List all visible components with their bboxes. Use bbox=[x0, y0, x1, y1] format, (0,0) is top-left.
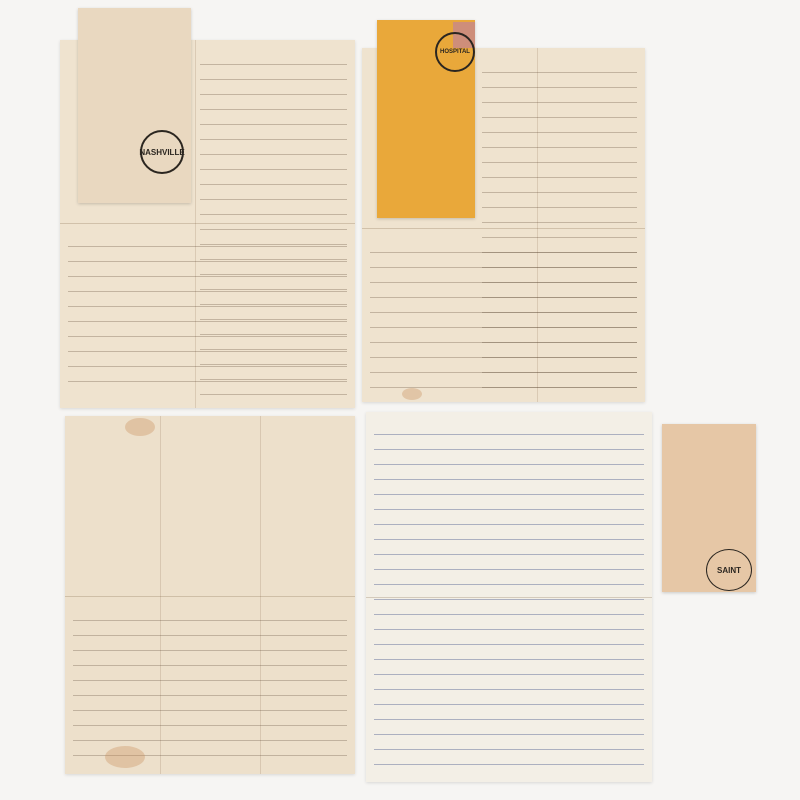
envelope-hospital: HOSPITAL bbox=[377, 20, 475, 218]
handwriting bbox=[370, 238, 637, 390]
letter-bottom-right-blue-ink bbox=[366, 412, 652, 782]
stain bbox=[105, 746, 145, 768]
fold-line bbox=[65, 596, 355, 597]
postmark-nashville: NASHVILLE bbox=[140, 130, 184, 174]
handwriting bbox=[374, 420, 644, 772]
envelope-nashville: NASHVILLE bbox=[78, 8, 191, 203]
postmark-saint: SAINT bbox=[706, 549, 752, 591]
envelope-saint: SAINT bbox=[662, 424, 756, 592]
stain bbox=[125, 418, 155, 436]
handwriting bbox=[68, 232, 347, 396]
postmark-hospital: HOSPITAL bbox=[435, 32, 475, 72]
handwriting bbox=[73, 606, 347, 762]
stain bbox=[402, 388, 422, 400]
letter-bottom-left bbox=[65, 416, 355, 774]
